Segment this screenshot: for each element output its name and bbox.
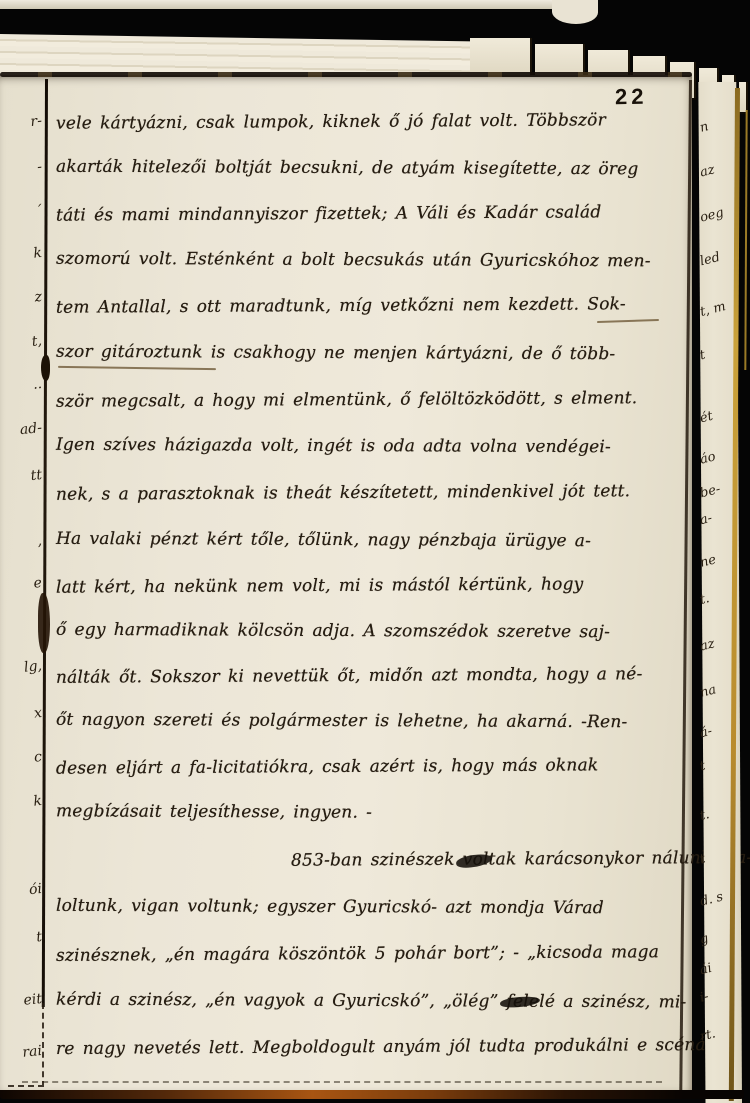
manuscript-page: 22 vele kártyázni, csak lumpok, kiknek ő… xyxy=(0,75,692,1090)
page-corner-blob xyxy=(552,0,598,24)
edge-fragment: c xyxy=(1,749,42,769)
handwriting-line: szomorú volt. Esténként a bolt becsukás … xyxy=(56,249,651,272)
edge-fragment: e xyxy=(1,575,42,595)
edge-fragment: t, xyxy=(1,333,42,353)
edge-fragment: ói xyxy=(1,881,42,901)
ink-blot xyxy=(38,593,50,653)
edge-fragment: .. xyxy=(1,376,42,396)
handwriting-line: 853-ban szinészek voltak karácsonykor ná… xyxy=(56,848,750,872)
handwriting-line: szor gitároztunk is csakhogy ne menjen k… xyxy=(56,342,615,364)
page-bottom-rule xyxy=(22,1081,662,1083)
handwriting-line: desen eljárt a fa-licitatiókra, csak azé… xyxy=(56,755,599,778)
top-page-sliver xyxy=(0,0,556,9)
edge-fragment: r- xyxy=(1,113,42,133)
handwriting-line: nek, s a parasztoknak is theát készítete… xyxy=(56,481,630,505)
handwriting-line: ő egy harmadiknak kölcsön adja. A szomsz… xyxy=(56,620,610,642)
bottom-scan-edge xyxy=(0,1090,744,1099)
handwriting-line: táti és mami mindannyiszor fizettek; A V… xyxy=(56,202,601,225)
handwriting-line: nálták őt. Sokszor ki nevettük őt, midőn… xyxy=(56,664,643,688)
edge-fragment: ´ xyxy=(1,203,42,223)
edge-fragment: z xyxy=(1,289,42,309)
manuscript-scan: 22 vele kártyázni, csak lumpok, kiknek ő… xyxy=(0,0,750,1103)
handwriting-line: őt nagyon szereti és polgármester is leh… xyxy=(56,710,628,732)
pencil-underline xyxy=(58,366,216,370)
handwriting-line: loltunk, vigan voltunk; egyszer Gyuricsk… xyxy=(56,896,604,918)
page-top-edge xyxy=(0,72,692,77)
handwriting-line: kérdi a szinész, „én vagyok a Gyuricskó”… xyxy=(56,990,687,1013)
edge-fragment: ad- xyxy=(1,420,42,440)
handwriting-line: ször megcsalt, a hogy mi elmentünk, ő fe… xyxy=(56,388,637,412)
handwriting-line: szinésznek, „én magára köszöntök 5 pohár… xyxy=(56,942,659,966)
handwriting-line: re nagy nevetés lett. Megboldogult anyám… xyxy=(56,1035,719,1059)
handwriting-line: latt kért, ha nekünk nem volt, mi is más… xyxy=(56,574,584,597)
ink-blot xyxy=(41,355,50,381)
edge-fragment: x xyxy=(1,705,42,725)
pencil-underline xyxy=(597,319,659,323)
edge-fragment: tt xyxy=(1,467,42,487)
edge-fragment: lg, xyxy=(1,658,42,678)
handwriting-line: Ha valaki pénzt kért tőle, tőlünk, nagy … xyxy=(56,529,591,551)
edge-fragment: t xyxy=(1,929,42,949)
handwriting-line: tem Antallal, s ott maradtunk, míg vetkő… xyxy=(56,294,626,317)
edge-fragment: - xyxy=(1,159,42,179)
stacked-pages-right-edge: nazoegledt, mtétáobe-a-net.aznaá-tt.td. … xyxy=(690,80,750,1103)
edge-fragment: k xyxy=(1,245,42,265)
handwriting-line: Igen szíves házigazda volt, ingét is oda… xyxy=(56,435,611,457)
handwriting-line: akarták hitelezői boltját becsukni, de a… xyxy=(56,157,639,180)
edge-fragment: k xyxy=(1,793,42,813)
edge-fragment: , xyxy=(1,533,42,553)
handwriting-line: vele kártyázni, csak lumpok, kiknek ő jó… xyxy=(56,110,606,133)
handwriting-line: megbízásait teljesíthesse, ingyen. - xyxy=(56,801,372,822)
page-number: 22 xyxy=(615,84,648,111)
